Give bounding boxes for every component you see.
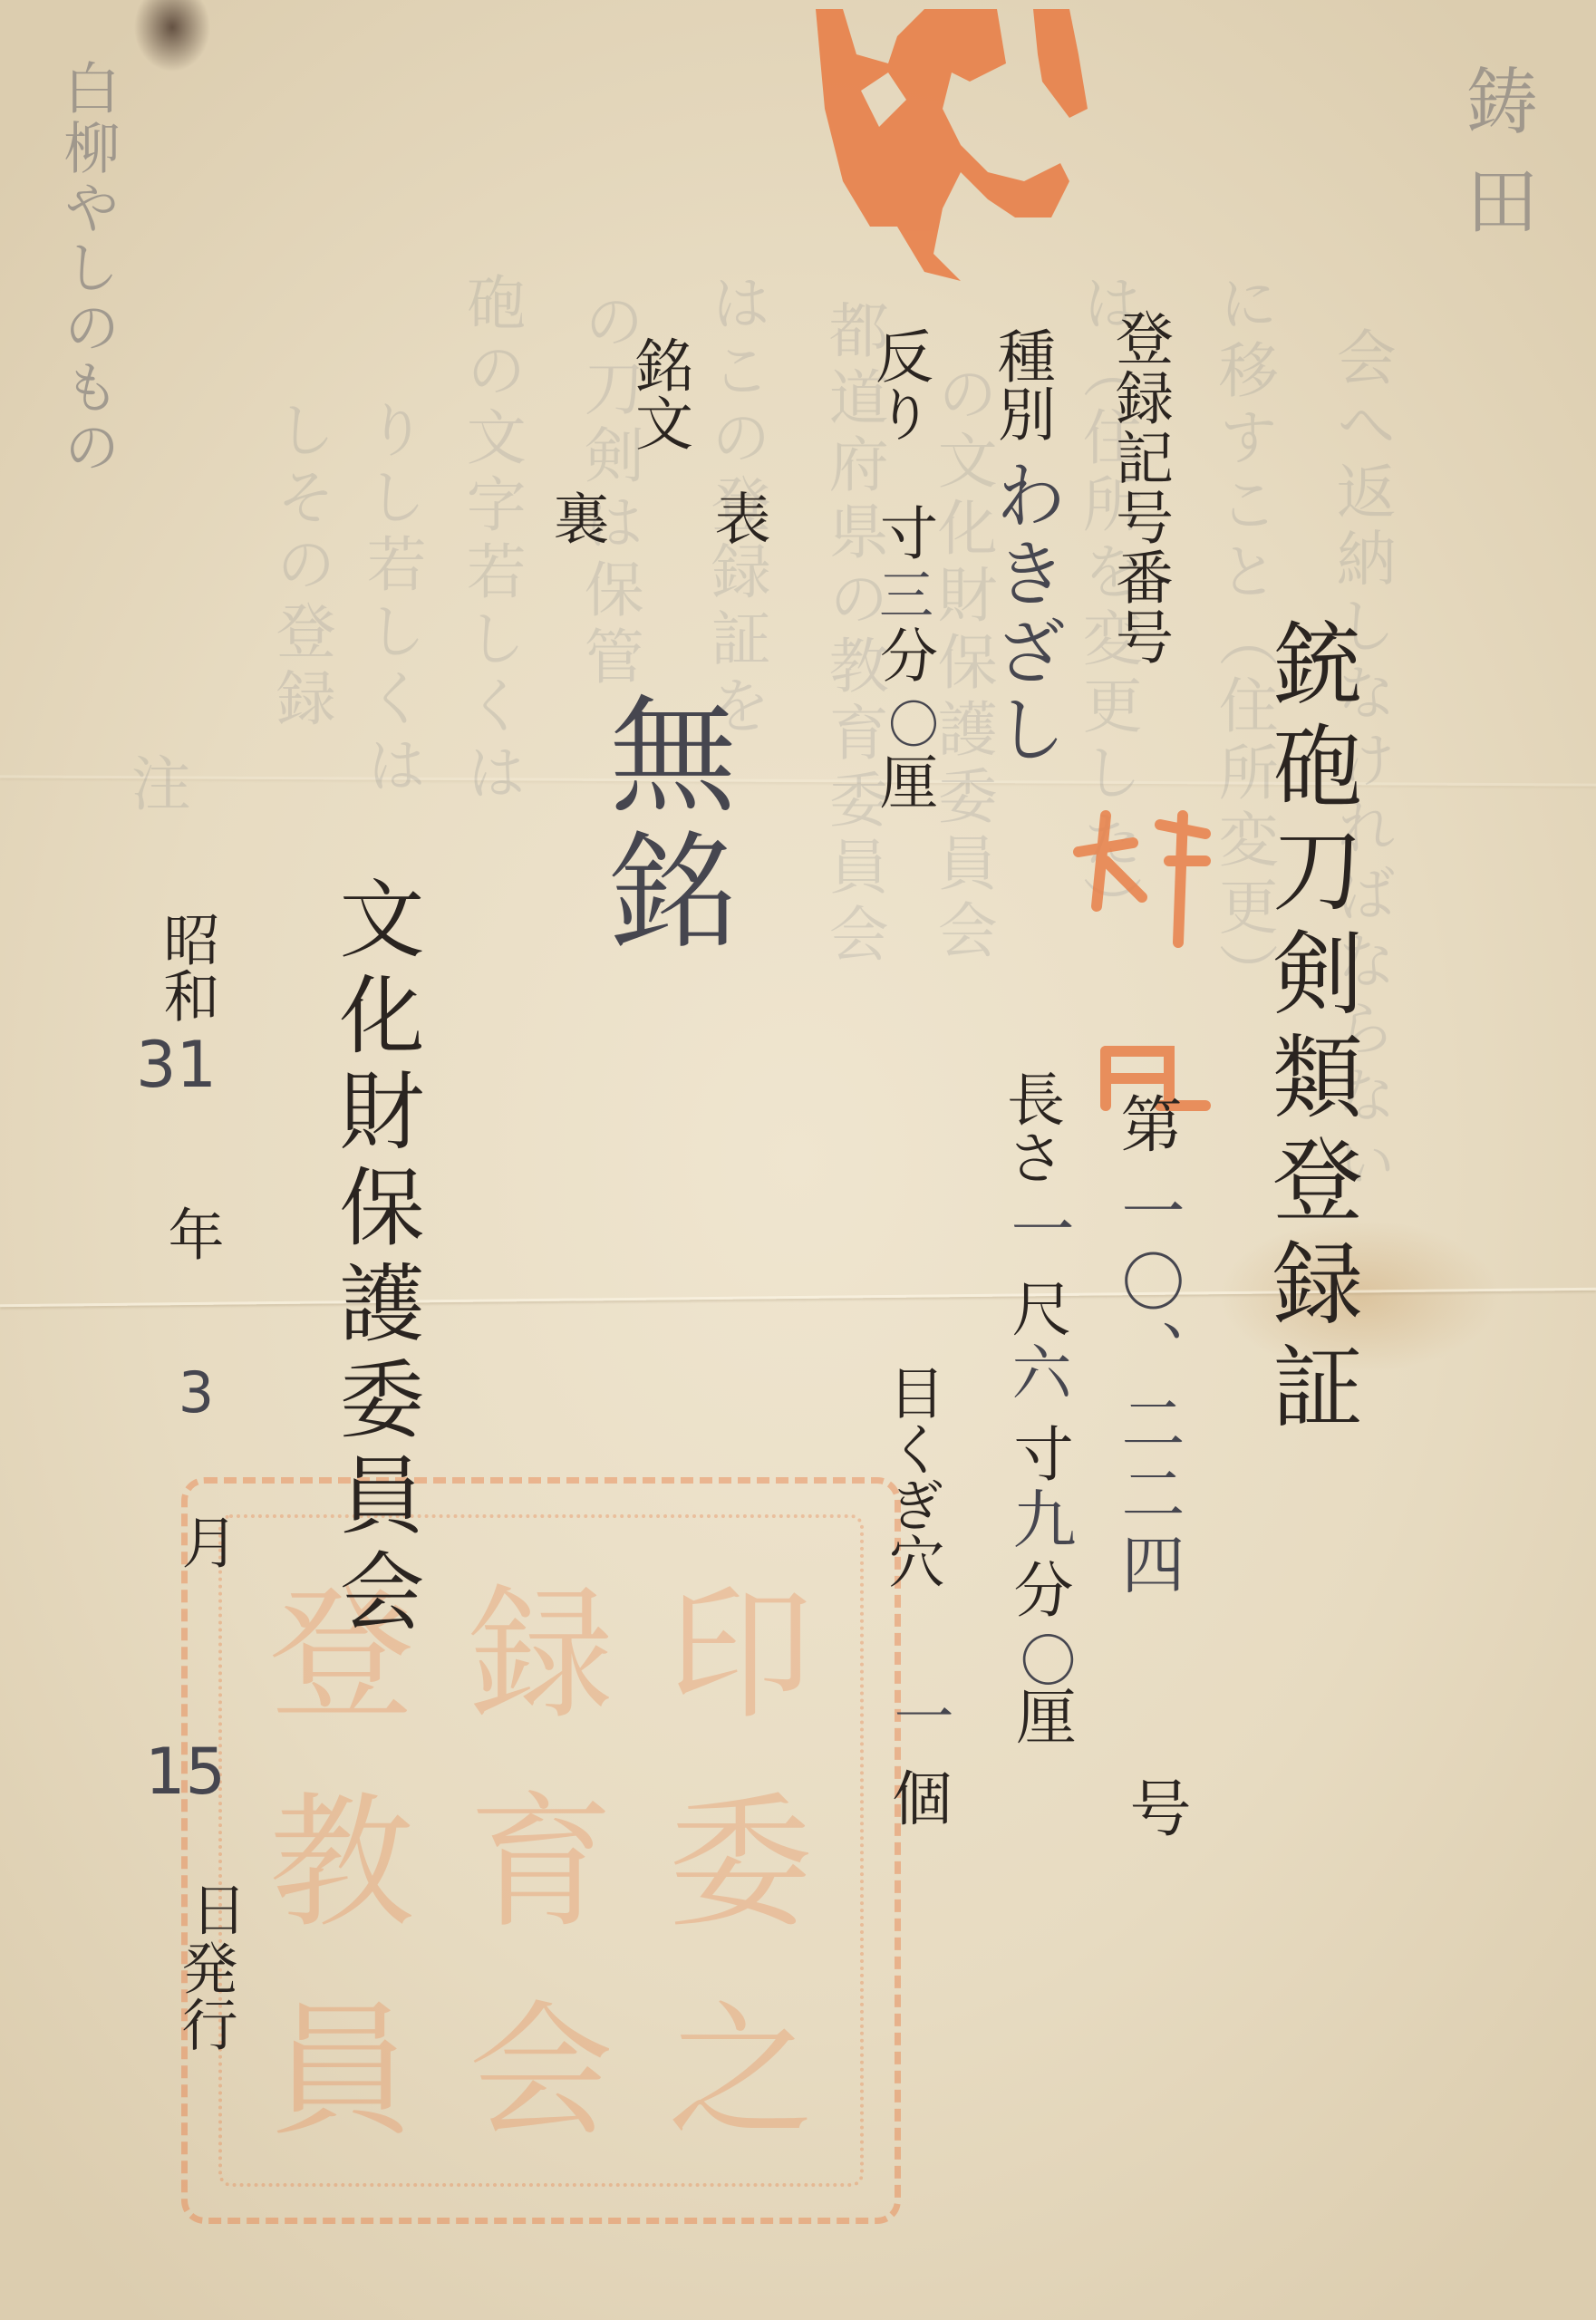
seal-stamp-square: 登 録 印 教 育 委 員 会 之 (181, 1477, 901, 2224)
issue-date-month-unit: 月 (177, 1513, 233, 1570)
length-bu-unit: 分 (1008, 1559, 1068, 1619)
seal-glyph: 員 (242, 1955, 441, 2163)
length-bu-value: 九 (1008, 1486, 1071, 1550)
inscription-front-label: 表 (710, 489, 766, 546)
length-rin-unit: 厘 (1011, 1686, 1070, 1745)
inscription-value: 無銘 (598, 689, 725, 961)
type-value: わきざし (988, 458, 1060, 769)
length-shaku-value: 一 (1006, 1196, 1069, 1260)
margin-note-top-right: 鋳田 (1459, 63, 1532, 263)
curvature-rin-unit: 厘 (875, 752, 933, 810)
issue-date-month: 3 (168, 1359, 224, 1426)
length-label: 長さ (1001, 1069, 1059, 1185)
bleed-through-text: 砲の文字若しくは (444, 272, 537, 808)
seal-glyph: 之 (641, 1955, 840, 2163)
seal-glyph: 印 (641, 1538, 840, 1746)
issuer-name: 文化財保護委員会 (331, 875, 416, 1643)
seal-glyph: 委 (641, 1746, 840, 1955)
type-label: 種別 (992, 326, 1050, 442)
registration-number-suffix: 号 (1124, 1776, 1185, 1838)
seal-glyph: 会 (441, 1955, 641, 2163)
mekugi-ana-value: 一 (888, 1686, 948, 1745)
issue-date-year-unit: 年 (163, 1205, 219, 1261)
bleed-through-text: 注 (109, 752, 201, 819)
length-sun-value: 六 (1006, 1341, 1066, 1401)
length-sun-unit: 寸 (1008, 1423, 1068, 1483)
registration-number-label: 登録記号番号 (1110, 308, 1168, 667)
certificate-title: 銃砲刀剣類登録証 (1264, 616, 1355, 1443)
issue-date-day: 15 (145, 1740, 226, 1803)
curvature-bu-unit: 分 (875, 625, 933, 683)
curvature-rin-value: 〇 (884, 698, 934, 749)
mekugi-ana-unit: 個 (886, 1767, 946, 1827)
curvature-sun-unit: 寸 (875, 503, 933, 561)
margin-note-left: 白柳やしのもの (59, 59, 115, 478)
mekugi-ana-label: 目くぎ穴 (884, 1364, 940, 1589)
inscription-back-label: 裏 (548, 489, 605, 546)
issue-date-day-unit: 日 (186, 1880, 242, 1937)
curvature-label: 反り (870, 326, 928, 442)
length-rin-value: 〇 (1015, 1631, 1071, 1687)
seal-stamp-small (1069, 779, 1214, 1115)
seal-glyph: 教 (242, 1746, 441, 1955)
registration-number-prefix: 第 (1115, 1092, 1176, 1154)
registration-number-value: 一〇、二二四 (1117, 1178, 1180, 1602)
seal-glyph: 録 (441, 1538, 641, 1746)
bleed-through-text: りし若しくは (344, 399, 437, 801)
seal-stamp-top (807, 0, 1088, 281)
curvature-bu-value: 三 (875, 566, 929, 621)
bleed-through-text: しその登録 (254, 399, 346, 734)
issue-date-suffix: 発行 (177, 1939, 233, 2052)
length-shaku-unit: 尺 (1006, 1278, 1066, 1338)
issue-date-year: 31 (136, 1033, 217, 1097)
inscription-label: 銘文 (630, 335, 688, 451)
seal-glyph: 育 (441, 1746, 641, 1955)
issue-date-era: 昭和 (159, 911, 215, 1023)
